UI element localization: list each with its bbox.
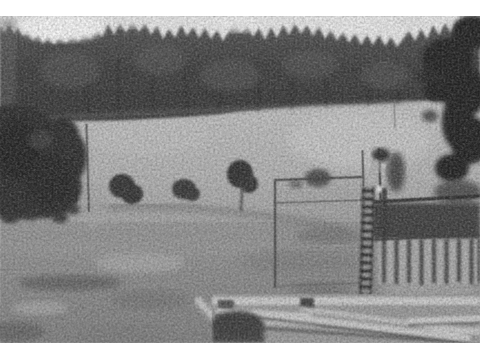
photograph: black-and-white photograph	[0, 16, 480, 343]
film-grain	[0, 16, 480, 343]
photo-page: black-and-white photograph	[0, 0, 480, 360]
photo-svg: black-and-white photograph	[0, 16, 480, 343]
